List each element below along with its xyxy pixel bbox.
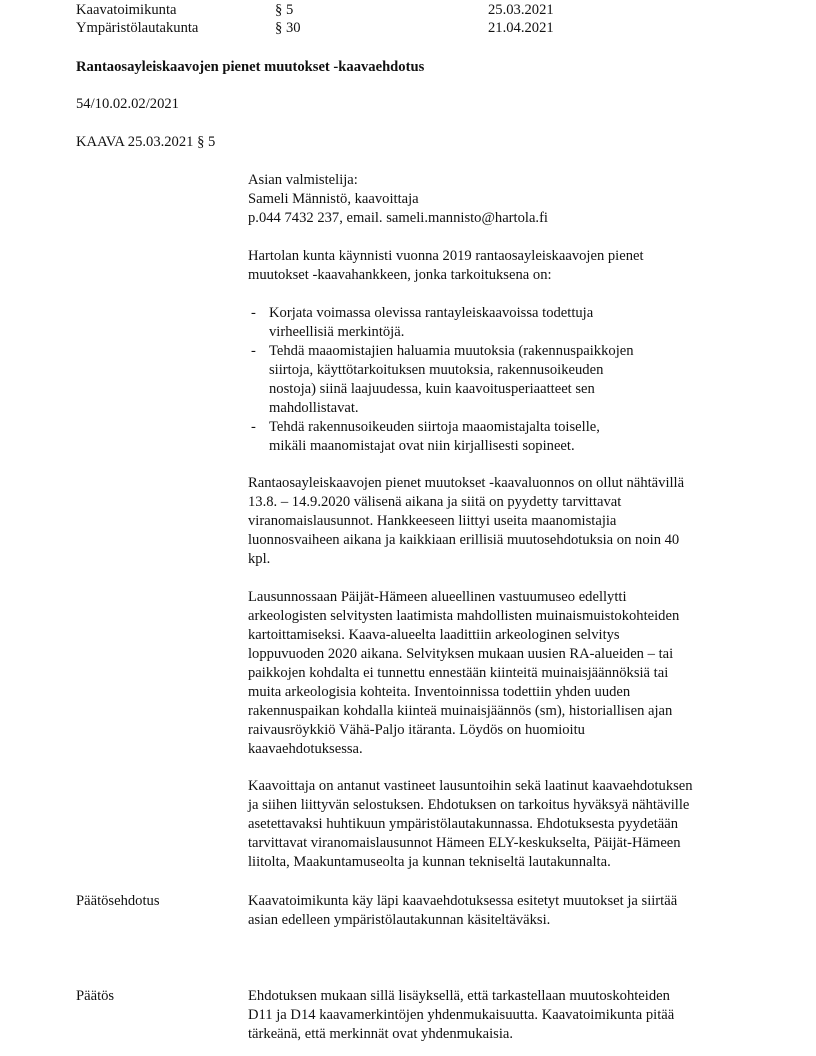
document-title: Rantaosayleiskaavojen pienet muutokset -… — [76, 58, 424, 77]
paragraph-line: raivausröykkiö Vähä-Paljo itäranta. Löyd… — [248, 721, 768, 740]
header-body: Kaavatoimikunta — [76, 1, 177, 20]
decision-line: Ehdotuksen mukaan sillä lisäyksellä, ett… — [248, 987, 768, 1006]
goal-line: nostoja) siinä laajuudessa, kuin kaavoit… — [269, 380, 768, 399]
paragraph-line: viranomaislausunnot. Hankkeeseen liittyi… — [248, 512, 768, 531]
goal-line: virheellisiä merkintöjä. — [269, 323, 768, 342]
intro-line: muutokset -kaavahankkeen, jonka tarkoitu… — [248, 266, 768, 285]
paragraph-line: ja siihen liittyvän selostuksen. Ehdotuk… — [248, 796, 768, 815]
decision-text: Ehdotuksen mukaan sillä lisäyksellä, ett… — [248, 987, 768, 1044]
preparer-contact: p.044 7432 237, email. sameli.mannisto@h… — [248, 209, 768, 228]
goal-item: - Tehdä maaomistajien haluamia muutoksia… — [248, 342, 768, 418]
dash-bullet-icon: - — [251, 342, 256, 361]
goal-line: Tehdä rakennusoikeuden siirtoja maaomist… — [269, 418, 768, 437]
paragraph-line: Lausunnossaan Päijät-Hämeen alueellinen … — [248, 588, 768, 607]
goal-line: siirtoja, käyttötarkoituksen muutoksia, … — [269, 361, 768, 380]
goals-list: - Korjata voimassa olevissa rantayleiska… — [248, 304, 768, 456]
paragraph-line: Kaavoittaja on antanut vastineet lausunt… — [248, 777, 768, 796]
paragraph-line: rakennuspaikan kohdalla kiinteä muinaisj… — [248, 702, 768, 721]
paragraph-line: loppuvuoden 2020 aikana. Selvityksen muk… — [248, 645, 768, 664]
goal-line: Tehdä maaomistajien haluamia muutoksia (… — [269, 342, 768, 361]
diary-number: 54/10.02.02/2021 — [76, 95, 179, 114]
preparer-label: Asian valmistelija: — [248, 171, 768, 190]
paragraph-line: 13.8. – 14.9.2020 välisenä aikana ja sii… — [248, 493, 768, 512]
paragraph-line: luonnosvaiheen aikana ja kaikkiaan erill… — [248, 531, 768, 550]
goal-line: mahdollistavat. — [269, 399, 768, 418]
paragraph-line: muita arkeologisia kohteita. Inventoinni… — [248, 683, 768, 702]
intro-paragraph: Hartolan kunta käynnisti vuonna 2019 ran… — [248, 247, 768, 285]
goal-line: Korjata voimassa olevissa rantayleiskaav… — [269, 304, 768, 323]
goal-line: mikäli maanomistajat ovat niin kirjallis… — [269, 437, 768, 456]
paragraph-line: kpl. — [248, 550, 768, 569]
dash-bullet-icon: - — [251, 418, 256, 437]
header-date: 21.04.2021 — [488, 19, 554, 38]
header-date: 25.03.2021 — [488, 1, 554, 20]
decision-line: tärkeänä, että merkinnät ovat yhdenmukai… — [248, 1025, 768, 1044]
preparer-name: Sameli Männistö, kaavoittaja — [248, 190, 768, 209]
preparer-block: Asian valmistelija: Sameli Männistö, kaa… — [248, 171, 768, 228]
intro-line: Hartolan kunta käynnisti vuonna 2019 ran… — [248, 247, 768, 266]
dash-bullet-icon: - — [251, 304, 256, 323]
paragraph-line: paikkojen kohdalta ei tunnettu ennestään… — [248, 664, 768, 683]
decision-label: Päätös — [76, 987, 114, 1006]
paragraph-line: Rantaosayleiskaavojen pienet muutokset -… — [248, 474, 768, 493]
planner-paragraph: Kaavoittaja on antanut vastineet lausunt… — [248, 777, 768, 872]
header-section: § 5 — [275, 1, 293, 20]
paragraph-line: asetettavaksi huhtikuun ympäristölautaku… — [248, 815, 768, 834]
proposal-line: Kaavatoimikunta käy läpi kaavaehdotukses… — [248, 892, 768, 911]
goal-item: - Tehdä rakennusoikeuden siirtoja maaomi… — [248, 418, 768, 456]
proposal-label: Päätösehdotus — [76, 892, 160, 911]
meeting-reference: KAAVA 25.03.2021 § 5 — [76, 133, 215, 152]
proposal-line: asian edelleen ympäristölautakunnan käsi… — [248, 911, 768, 930]
goal-item: - Korjata voimassa olevissa rantayleiska… — [248, 304, 768, 342]
paragraph-line: arkeologisten selvitysten laatimista mah… — [248, 607, 768, 626]
paragraph-line: tarvittavat viranomaislausunnot Hämeen E… — [248, 834, 768, 853]
paragraph-line: kaavaehdotuksessa. — [248, 740, 768, 759]
header-section: § 30 — [275, 19, 301, 38]
paragraph-line: kartoittamiseksi. Kaava-alueelta laaditt… — [248, 626, 768, 645]
decision-line: D11 ja D14 kaavamerkintöjen yhdenmukaisu… — [248, 1006, 768, 1025]
museum-paragraph: Lausunnossaan Päijät-Hämeen alueellinen … — [248, 588, 768, 759]
proposal-text: Kaavatoimikunta käy läpi kaavaehdotukses… — [248, 892, 768, 930]
draft-paragraph: Rantaosayleiskaavojen pienet muutokset -… — [248, 474, 768, 569]
header-body: Ympäristölautakunta — [76, 19, 198, 38]
paragraph-line: liitolta, Maakuntamuseolta ja kunnan tek… — [248, 853, 768, 872]
